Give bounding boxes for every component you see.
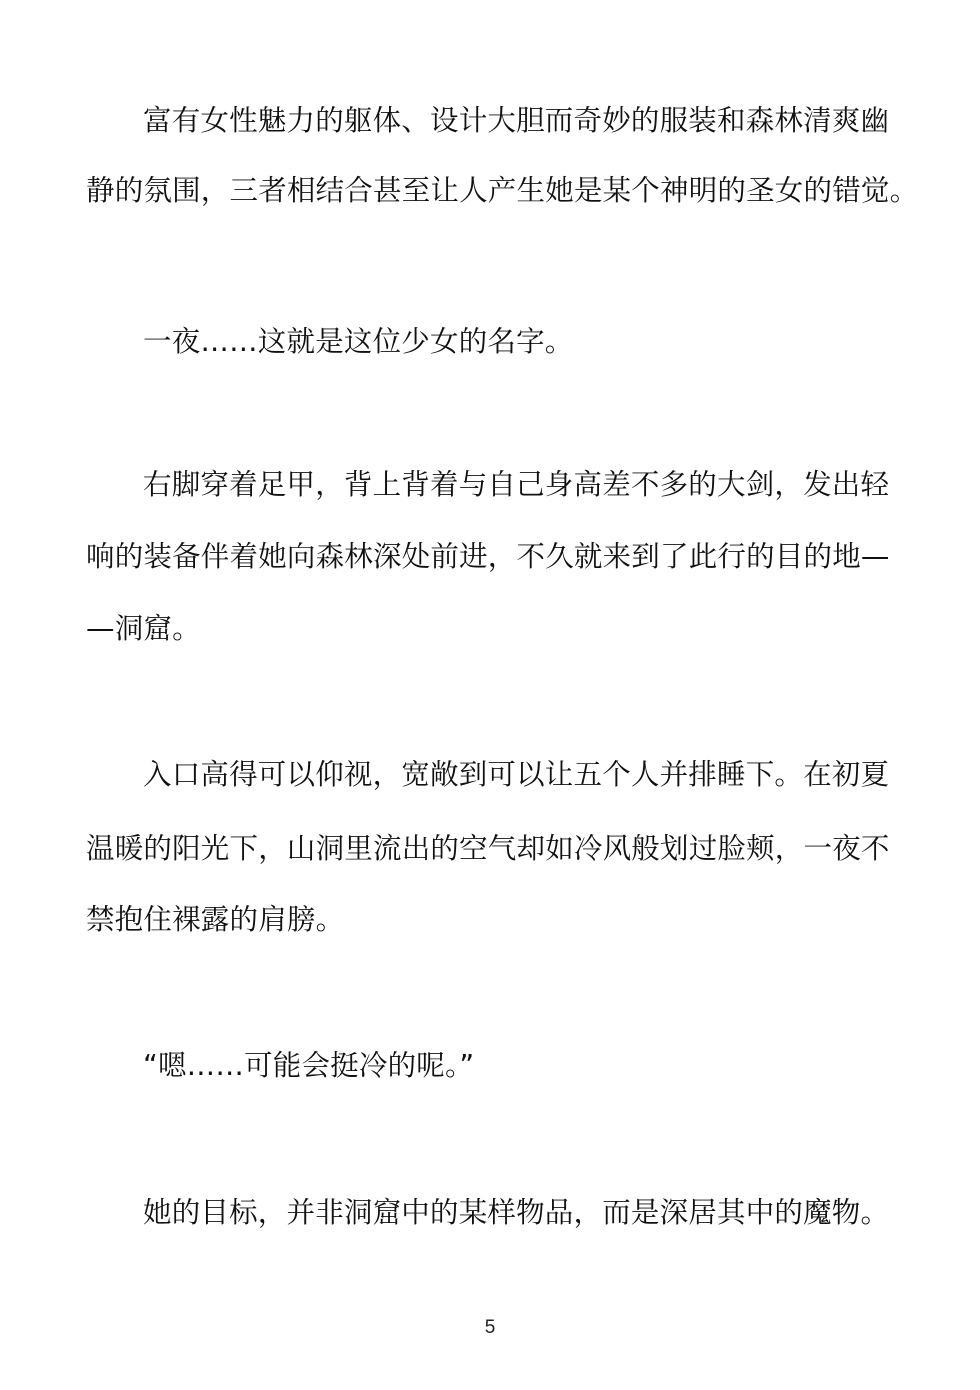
- paragraph-3-line-2: 响的装备伴着她向森林深处前进，不久就来到了此行的目的地—: [86, 539, 906, 575]
- paragraph-6-line-1: 她的目标，并非洞窟中的某样物品，而是深居其中的魔物。: [143, 1195, 913, 1231]
- paragraph-1-line-1: 富有女性魅力的躯体、设计大胆而奇妙的服装和森林清爽幽: [143, 103, 913, 139]
- paragraph-1-line-2: 静的氛围，三者相结合甚至让人产生她是某个神明的圣女的错觉。: [86, 173, 906, 209]
- paragraph-5-line-1: “嗯……可能会挺冷的呢。”: [143, 1048, 913, 1084]
- page-number: 5: [0, 1316, 980, 1340]
- paragraph-4-line-2: 温暖的阳光下，山洞里流出的空气却如冷风般划过脸颊，一夜不: [86, 831, 906, 867]
- paragraph-4-line-1: 入口高得可以仰视，宽敞到可以让五个人并排睡下。在初夏: [143, 757, 913, 793]
- paragraph-3-line-3: —洞窟。: [86, 611, 906, 647]
- document-page: 富有女性魅力的躯体、设计大胆而奇妙的服装和森林清爽幽 静的氛围，三者相结合甚至让…: [0, 0, 980, 1390]
- paragraph-2-line-1: 一夜……这就是这位少女的名字。: [143, 324, 913, 360]
- paragraph-3-line-1: 右脚穿着足甲，背上背着与自己身高差不多的大剑，发出轻: [143, 467, 913, 503]
- paragraph-4-line-3: 禁抱住裸露的肩膀。: [86, 902, 906, 938]
